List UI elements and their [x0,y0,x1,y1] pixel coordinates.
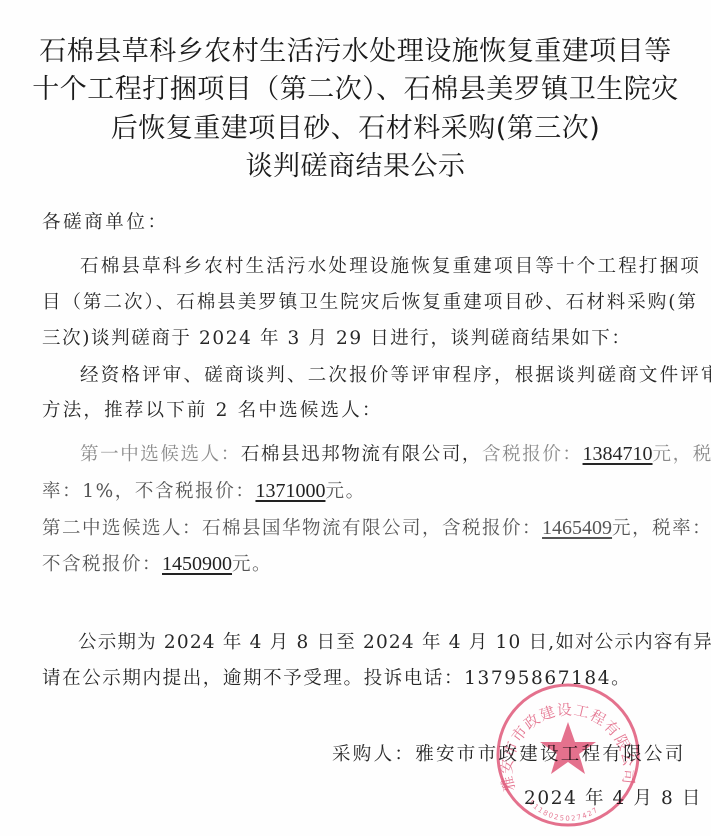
intro-line-2: 目（第二次）、石棉县美罗镇卫生院灾后恢复重建项目砂、石材料采购(第 [42,288,698,314]
candidate-2-tax-incl-label: 含税报价： [442,518,542,539]
seal-graphic: 雅安市市政建设工程有限公司 5118025027427 [495,682,641,828]
title-line-2: 十个工程打捆项目（第二次）、石棉县美罗镇卫生院灾 [0,67,711,106]
star-icon [540,722,596,774]
candidate-1-unit: 元 [653,444,673,465]
notice-line-1: 公示期为 2024 年 4 月 8 日至 2024 年 4 月 10 日,如对公… [78,628,711,654]
intro-line-1: 石棉县草科乡农村生活污水处理设施恢复重建项目等十个工程打捆项 [80,252,701,278]
candidate-2-end: 元。 [232,554,272,575]
title-line-1: 石棉县草科乡农村生活污水处理设施恢复重建项目等 [0,29,711,68]
candidate-2-tax-incl-price: 1465409 [542,517,612,539]
candidate-2-tax-excl-price: 1450900 [162,553,232,575]
candidate-2-tax-excl-label: 不含税报价： [42,554,162,575]
candidate-2-rank: 第二中选候选人： [42,518,202,539]
intro-line-3: 三次)谈判磋商于 2024 年 3 月 29 日进行，谈判磋商结果如下： [42,324,632,350]
candidate-1-rank: 第一中选候选人： [80,444,241,465]
salutation: 各磋商单位： [42,208,169,234]
review-line-1: 经资格评审、磋商谈判、二次报价等评审程序，根据谈判磋商文件评审 [80,361,711,387]
candidate-1-company: 石棉县迅邦物流有限公司， [241,444,482,465]
candidate-1-line-1: 第一中选候选人：石棉县迅邦物流有限公司，含税报价：1384710元，税 [80,440,711,466]
candidate-2-line-1: 第二中选候选人：石棉县国华物流有限公司，含税报价：1465409元，税率：1%， [42,514,711,540]
candidate-2-tax-rate: ，税率：1%， [632,518,711,539]
title-line-4: 谈判磋商结果公示 [0,144,711,183]
candidate-1-tax-incl-price: 1384710 [583,443,653,465]
candidate-2-company: 石棉县国华物流有限公司， [202,518,442,539]
candidate-1-tax-rate-label: ，税 [673,444,711,465]
candidate-2-line-2: 不含税报价：1450900元。 [42,550,272,576]
review-line-2: 方法，推荐以下前 2 名中选候选人： [42,396,383,422]
title-line-3: 后恢复重建项目砂、石材料采购(第三次) [0,106,711,145]
candidate-1-tax-rate: 率：1%， [42,481,135,502]
candidate-1-end: 元。 [325,481,365,502]
candidate-2-unit: 元 [612,518,632,539]
candidate-1-tax-excl-price: 1371000 [255,480,325,502]
document-page: 石棉县草科乡农村生活污水处理设施恢复重建项目等 十个工程打捆项目（第二次）、石棉… [0,0,711,836]
candidate-1-tax-excl-label: 不含税报价： [135,481,256,502]
candidate-1-tax-incl-label: 含税报价： [482,444,583,465]
official-seal: 雅安市市政建设工程有限公司 5118025027427 [495,682,641,828]
candidate-1-line-2: 率：1%，不含税报价：1371000元。 [42,477,366,503]
